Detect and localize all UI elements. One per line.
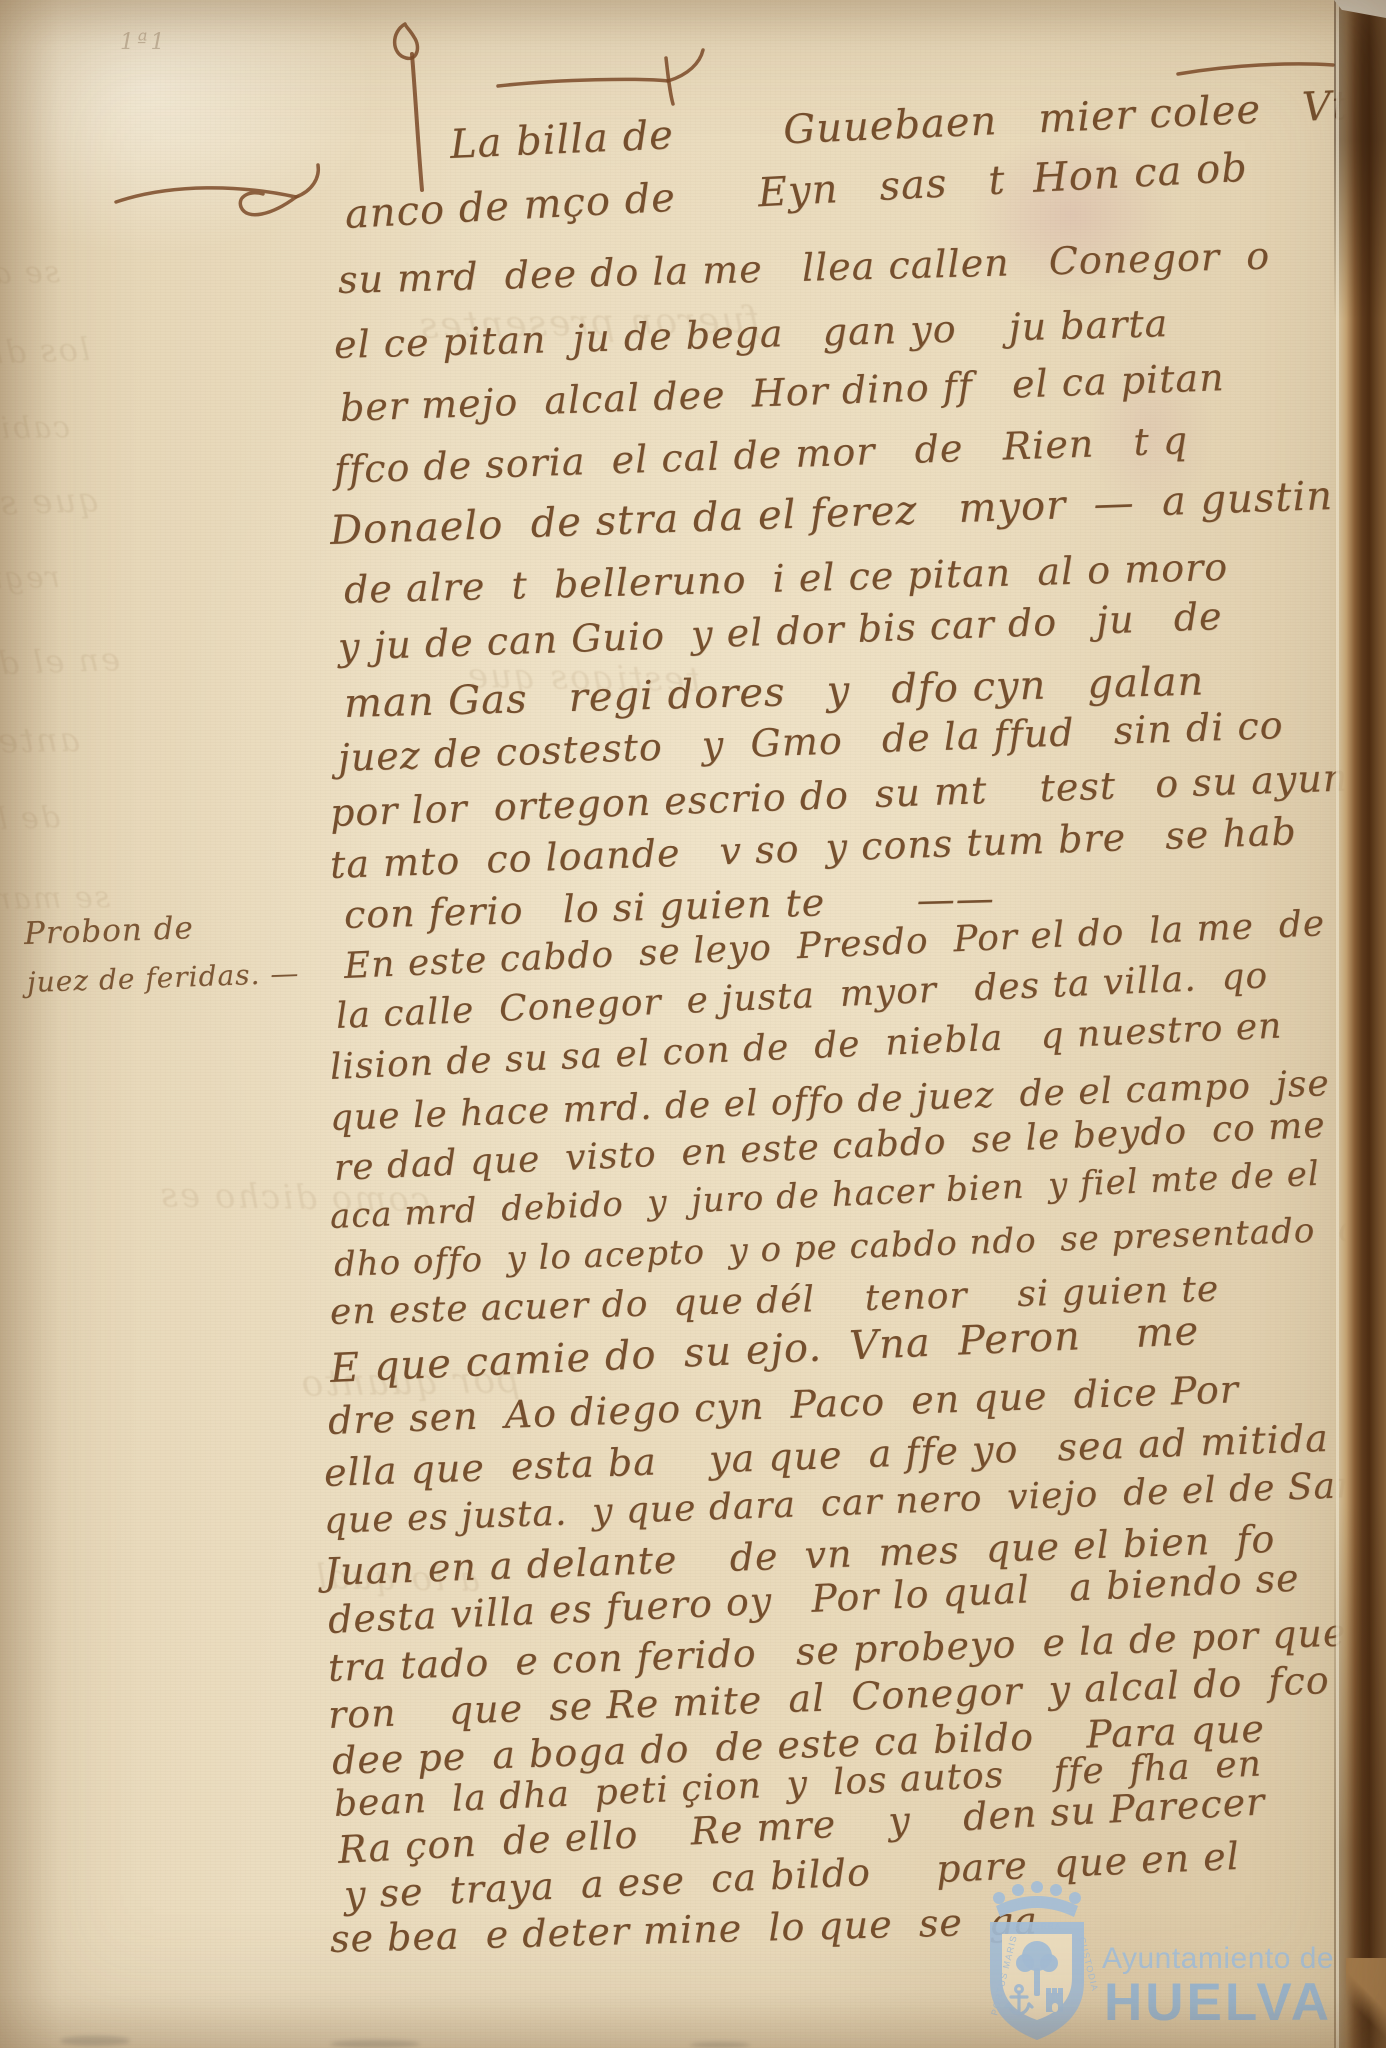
- flourish-hook: [668, 50, 703, 81]
- bleedthrough-line: cabildo de la villa: [0, 410, 70, 450]
- flourish-left-swash: [116, 188, 296, 215]
- shield-inner-panel: [1002, 1934, 1072, 2020]
- manuscript-page: se acordo porlos dhos senorescabildo de …: [0, 0, 1386, 2048]
- scan-smudge: [60, 2036, 130, 2046]
- bleedthrough-line: de la dha villa: [0, 800, 61, 843]
- flourish-cross-icon: [666, 58, 673, 104]
- shield-motto-left: PORTUS MARIS: [989, 1934, 1019, 2017]
- flourish-tall-stroke: [412, 54, 422, 190]
- watermark-city-name: HUELVA: [1104, 1972, 1332, 2033]
- shield-motto-right: CUSTODIA: [1077, 1936, 1100, 1993]
- scan-smudge: [690, 2042, 750, 2048]
- flourish-overline: [498, 79, 668, 86]
- bleedthrough-line: ante mi escrivano: [0, 720, 80, 766]
- scan-smudge: [330, 2040, 420, 2048]
- tower-icon: [1046, 1993, 1063, 2012]
- anchor-icon: [1006, 1986, 1032, 2014]
- bleedthrough-line: se acordo por: [0, 255, 60, 294]
- flourish-right-overline: [1178, 64, 1333, 74]
- margin-note-line: juez de feridas. —: [26, 957, 299, 999]
- bleedthrough-line: los dhos senores: [0, 330, 91, 378]
- bleedthrough-line: que se guarde: [0, 480, 101, 529]
- bleedthrough-line: en el dho dia: [0, 640, 121, 686]
- book-binding-edge: [1334, 0, 1386, 2048]
- watermark-org-name: Ayuntamiento de: [1102, 1942, 1334, 1976]
- flourish-swash-link: [296, 165, 318, 197]
- folio-mark: 1ª1: [120, 30, 167, 55]
- margin-note-line: Probon de: [23, 910, 194, 952]
- bleedthrough-line: regidores della: [0, 560, 60, 600]
- manuscript-line: su mrd dee do la me llea callen Conegor …: [337, 234, 1270, 302]
- manuscript-line: ber mejo alcal dee Hor dino ff el ca pit…: [339, 355, 1225, 430]
- manuscript-line: ffco de soria el cal de mor de Rien t q: [333, 418, 1189, 492]
- tree-icon: [1022, 1941, 1052, 1971]
- flourish-top-loop: [395, 24, 418, 58]
